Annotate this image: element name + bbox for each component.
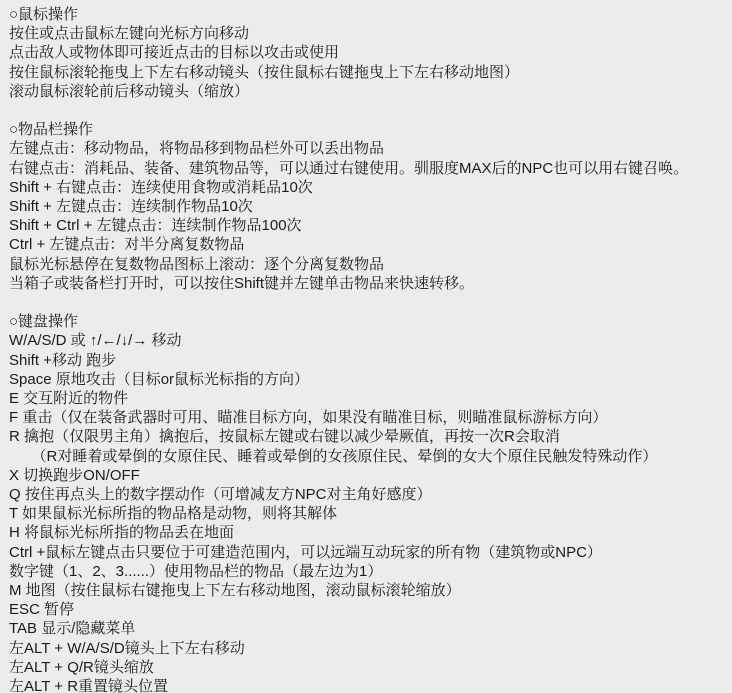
text-line: Shift + 左键点击：连续制作物品10次 — [9, 197, 724, 216]
section-mouse-operations: ○鼠标操作 按住或点击鼠标左键向光标方向移动点击敌人或物体即可接近点击的目标以攻… — [9, 5, 724, 101]
text-line: H 将鼠标光标所指的物品丢在地面 — [9, 523, 724, 542]
text-line: 左ALT + Q/R镜头缩放 — [9, 658, 724, 677]
text-line: Shift + Ctrl + 左键点击：连续制作物品100次 — [9, 216, 724, 235]
text-line: 滚动鼠标滚轮前后移动镜头（缩放） — [9, 82, 724, 101]
text-line: 按住或点击鼠标左键向光标方向移动 — [9, 24, 724, 43]
text-line: T 如果鼠标光标所指的物品格是动物，则将其解体 — [9, 504, 724, 523]
text-line: 鼠标光标悬停在复数物品图标上滚动：逐个分离复数物品 — [9, 255, 724, 274]
section-title-item-bar: ○物品栏操作 — [9, 120, 724, 139]
text-line: Q 按住再点头上的数字摆动作（可增减友方NPC对主角好感度） — [9, 485, 724, 504]
text-line: 左ALT + R重置镜头位置 — [9, 677, 724, 693]
text-line: Ctrl +鼠标左键点击只要位于可建造范围内，可以远端互动玩家的所有物（建筑物或… — [9, 543, 724, 562]
text-line: ESC 暂停 — [9, 600, 724, 619]
text-line: 点击敌人或物体即可接近点击的目标以攻击或使用 — [9, 43, 724, 62]
text-line: （R对睡着或晕倒的女原住民、睡着或晕倒的女孩原住民、晕倒的女大个原住民触发特殊动… — [9, 447, 724, 466]
text-line: W/A/S/D 或 ↑/←/↓/→ 移动 — [9, 331, 724, 350]
text-line: TAB 显示/隐藏菜单 — [9, 619, 724, 638]
text-line: Shift + 右键点击：连续使用食物或消耗品10次 — [9, 178, 724, 197]
text-line: 右键点击：消耗品、装备、建筑物品等，可以通过右键使用。驯服度MAX后的NPC也可… — [9, 159, 724, 178]
section-title-mouse: ○鼠标操作 — [9, 5, 724, 24]
text-line: E 交互附近的物件 — [9, 389, 724, 408]
section-keyboard-operations: ○键盘操作 W/A/S/D 或 ↑/←/↓/→ 移动Shift +移动 跑步Sp… — [9, 312, 724, 693]
text-line: 按住鼠标滚轮拖曳上下左右移动镜头（按住鼠标右键拖曳上下左右移动地图） — [9, 63, 724, 82]
section-item-bar-operations: ○物品栏操作 左键点击：移动物品，将物品移到物品栏外可以丢出物品右键点击：消耗品… — [9, 120, 724, 293]
text-line: 左ALT + W/A/S/D镜头上下左右移动 — [9, 639, 724, 658]
text-line: X 切换跑步ON/OFF — [9, 466, 724, 485]
text-line: 数字键（1、2、3......）使用物品栏的物品（最左边为1） — [9, 562, 724, 581]
text-line: R 擒抱（仅限男主角）擒抱后，按鼠标左键或右键以减少晕厥值，再按一次R会取消 — [9, 427, 724, 446]
text-line: F 重击（仅在装备武器时可用、瞄准目标方向，如果没有瞄准目标，则瞄准鼠标游标方向… — [9, 408, 724, 427]
section-lines-item-bar: 左键点击：移动物品，将物品移到物品栏外可以丢出物品右键点击：消耗品、装备、建筑物… — [9, 139, 724, 293]
section-lines-keyboard: W/A/S/D 或 ↑/←/↓/→ 移动Shift +移动 跑步Space 原地… — [9, 331, 724, 693]
section-lines-mouse: 按住或点击鼠标左键向光标方向移动点击敌人或物体即可接近点击的目标以攻击或使用按住… — [9, 24, 724, 101]
text-line: 左键点击：移动物品，将物品移到物品栏外可以丢出物品 — [9, 139, 724, 158]
text-line: Shift +移动 跑步 — [9, 351, 724, 370]
text-line: 当箱子或装备栏打开时，可以按住Shift键并左键单击物品来快速转移。 — [9, 274, 724, 293]
text-line: M 地图（按住鼠标右键拖曳上下左右移动地图，滚动鼠标滚轮缩放） — [9, 581, 724, 600]
section-title-keyboard: ○键盘操作 — [9, 312, 724, 331]
text-line: Space 原地攻击（目标or鼠标光标指的方向） — [9, 370, 724, 389]
game-controls-document: ○鼠标操作 按住或点击鼠标左键向光标方向移动点击敌人或物体即可接近点击的目标以攻… — [0, 0, 732, 693]
text-line: Ctrl + 左键点击：对半分离复数物品 — [9, 235, 724, 254]
